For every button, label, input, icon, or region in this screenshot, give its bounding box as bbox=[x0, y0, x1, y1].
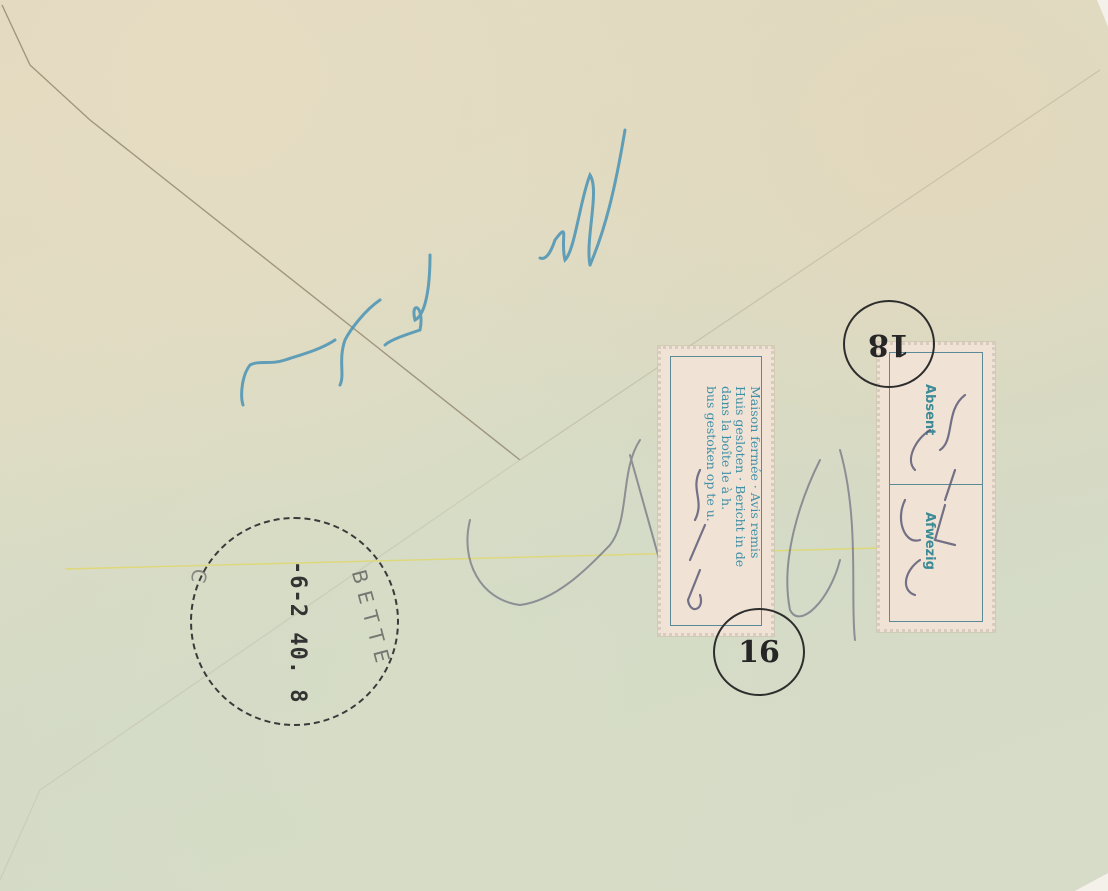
envelope-back: Maison fermée · Avis remis Huis gesloten… bbox=[0, 0, 1108, 891]
circled-number-text: 18 bbox=[868, 327, 910, 362]
circled-number-16: 16 bbox=[713, 608, 805, 696]
circled-number-18: 18 bbox=[843, 300, 935, 388]
pencil-notations bbox=[0, 0, 1108, 891]
postmark-date: -6-2 40. 8 bbox=[285, 561, 310, 703]
circled-number-text: 16 bbox=[738, 635, 780, 670]
postmark-cancel: -6-2 40. 8 BETTE C bbox=[190, 517, 399, 726]
postmark-town: BETTE bbox=[347, 567, 397, 673]
